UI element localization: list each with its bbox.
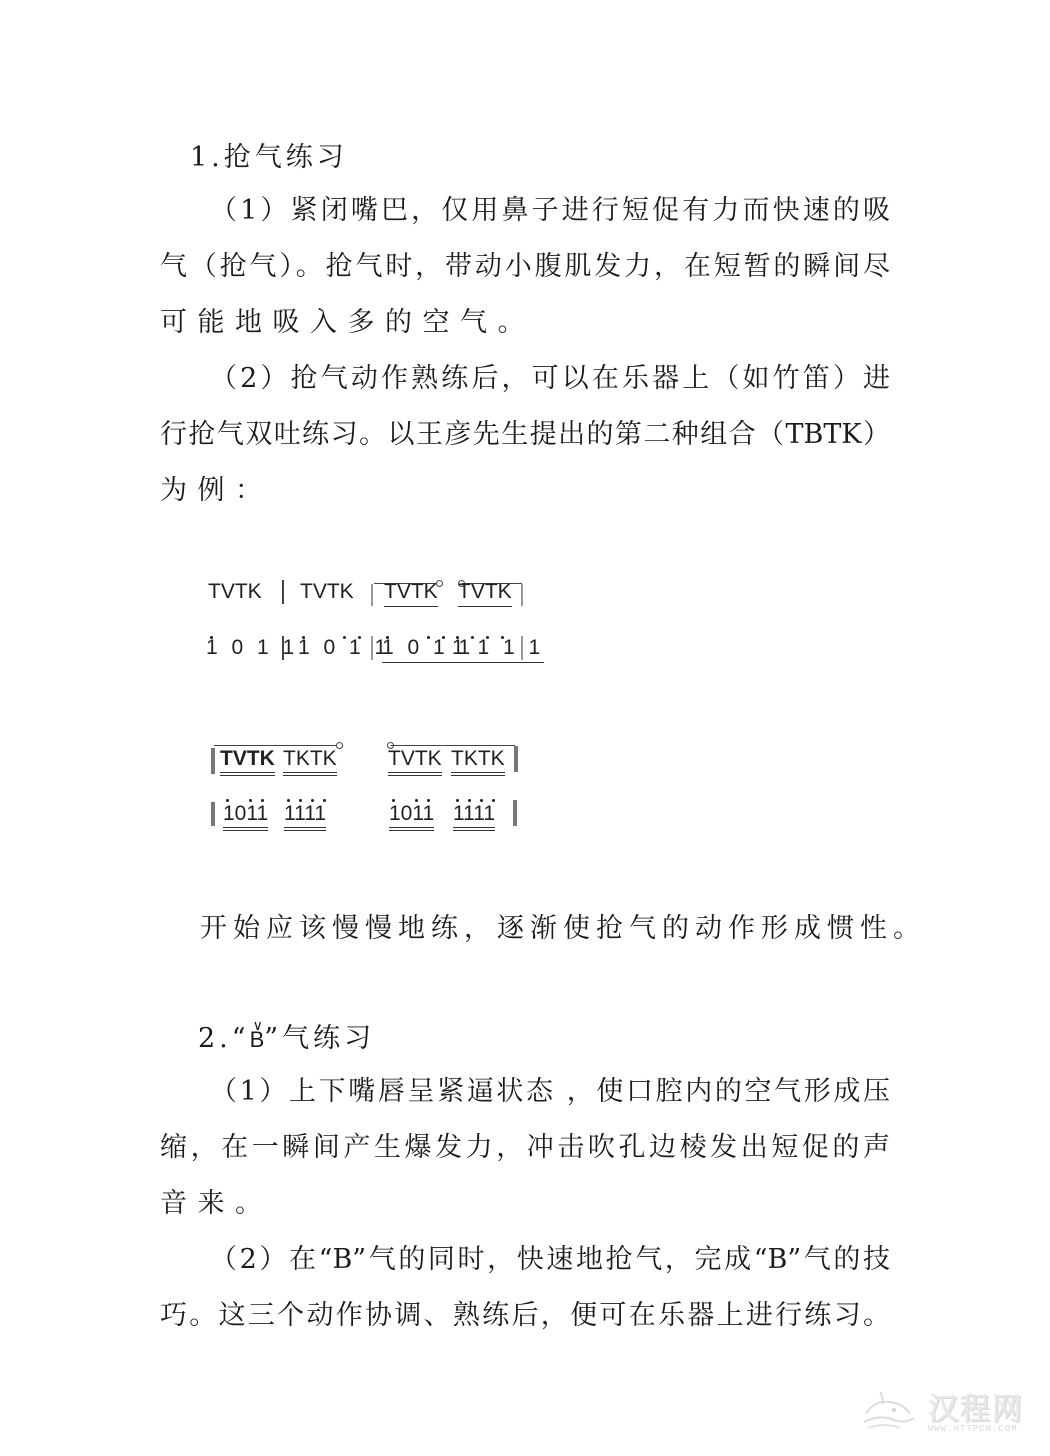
s1-p1-line1: （1）紧闭嘴巴，仅用鼻子进行短促有力而快速的吸 [210, 193, 890, 229]
syllable-group: TKTK [283, 747, 337, 776]
digit-group: 1111 [453, 802, 495, 831]
high-octave-dot [468, 799, 471, 802]
high-octave-dot [501, 636, 504, 639]
digit-group: 1011 [389, 802, 434, 831]
s2-p2-line1: （2）在“B”气的同时，快速地抢气，完成“B”气的技 [210, 1242, 890, 1278]
slur [391, 745, 515, 746]
high-octave-dot [311, 799, 314, 802]
bar-line [521, 636, 523, 660]
high-octave-dot [323, 799, 326, 802]
bar-line [211, 802, 215, 826]
s1-p2-line3: 为例： [160, 473, 273, 509]
bar-line [513, 800, 517, 826]
bar-line [371, 584, 373, 606]
slur-end [336, 742, 343, 749]
high-octave-dot [226, 799, 229, 802]
section-1-heading: 1.抢气练习 [190, 140, 348, 176]
s1-p2-line1: （2）抢气动作熟练后，可以在乐器上（如竹笛）进 [210, 361, 890, 397]
syllable-group: TVTK [384, 580, 438, 607]
high-octave-dot [210, 636, 213, 639]
syllable-group: TVTK [208, 580, 262, 604]
bar-line [282, 580, 284, 604]
high-octave-dot [299, 799, 302, 802]
s1-p1-line2: 气（抢气）。抢气时，带动小腹肌发力，在短暂的瞬间尽 [160, 249, 890, 285]
s2-p2-line2: 巧。这三个动作协调、熟练后，便可在乐器上进行练习。 [160, 1298, 890, 1334]
syllable-group: TVTK [388, 747, 442, 776]
document-page: 1.抢气练习 （1）紧闭嘴巴，仅用鼻子进行短促有力而快速的吸 气（抢气）。抢气时… [0, 0, 1050, 1456]
bar-line [211, 748, 215, 774]
s1-p1-line3: 可能地吸入多的空气。 [160, 305, 535, 341]
high-octave-dot [386, 636, 389, 639]
high-octave-dot [427, 799, 430, 802]
b-breath-mark: ∨B [250, 1022, 265, 1058]
high-octave-dot [442, 636, 445, 639]
watermark: 汉程网 WWW.HTTPCN.COM [860, 1378, 1040, 1448]
heading-prefix: 2.“ [198, 1023, 250, 1054]
bar-line [514, 746, 518, 772]
watermark-url: WWW.HTTPCN.COM [928, 1424, 1018, 1434]
high-octave-dot [287, 799, 290, 802]
high-octave-dot [261, 799, 264, 802]
check-accent-icon: ∨ [253, 1007, 263, 1043]
watermark-name: 汉程网 [928, 1384, 1024, 1428]
heading-suffix: ”气练习 [264, 1023, 375, 1054]
digit-group: 1 0 1 1 [298, 636, 390, 660]
syllable-group: TVTK [300, 580, 354, 604]
high-octave-dot [456, 636, 459, 639]
s2-p1-line1: （1）上下嘴唇呈紧逼状态 ，使口腔内的空气形成压 [210, 1074, 890, 1110]
syllable-group: TVTK [220, 747, 275, 776]
high-octave-dot [456, 799, 459, 802]
s2-p1-line3: 音来。 [160, 1186, 273, 1222]
slur [214, 745, 338, 746]
digit-group: 1111 [284, 802, 326, 831]
closing-line: 开始应该慢慢地练，逐渐使抢气的动作形成惯性。 [200, 911, 926, 947]
syllable-group: TVTK [458, 580, 512, 607]
digit-group: 1 1 1 1 [452, 636, 544, 663]
section-2-heading: 2.“∨B”气练习 [198, 1021, 375, 1058]
high-octave-dot [480, 799, 483, 802]
digit-group: 1011 [223, 802, 268, 831]
dragon-logo-icon [860, 1384, 918, 1434]
high-octave-dot [427, 636, 430, 639]
high-octave-dot [358, 636, 361, 639]
bar-line [282, 636, 284, 660]
high-octave-dot [302, 636, 305, 639]
high-octave-dot [415, 799, 418, 802]
high-octave-dot [392, 799, 395, 802]
syllable-group: TKTK [451, 747, 505, 776]
high-octave-dot [486, 636, 489, 639]
s2-p1-line2: 缩，在一瞬间产生爆发力，冲击吹孔边棱发出短促的声 [160, 1130, 890, 1166]
high-octave-dot [249, 799, 252, 802]
high-octave-dot [343, 636, 346, 639]
high-octave-dot [492, 799, 495, 802]
digit-group: 1 0 1 1 [206, 636, 298, 660]
bar-line [521, 584, 523, 606]
s1-p2-line2: 行抢气双吐练习。以王彦先生提出的第二种组合（TBTK） [160, 417, 890, 453]
bar-line [371, 636, 373, 660]
high-octave-dot [471, 636, 474, 639]
